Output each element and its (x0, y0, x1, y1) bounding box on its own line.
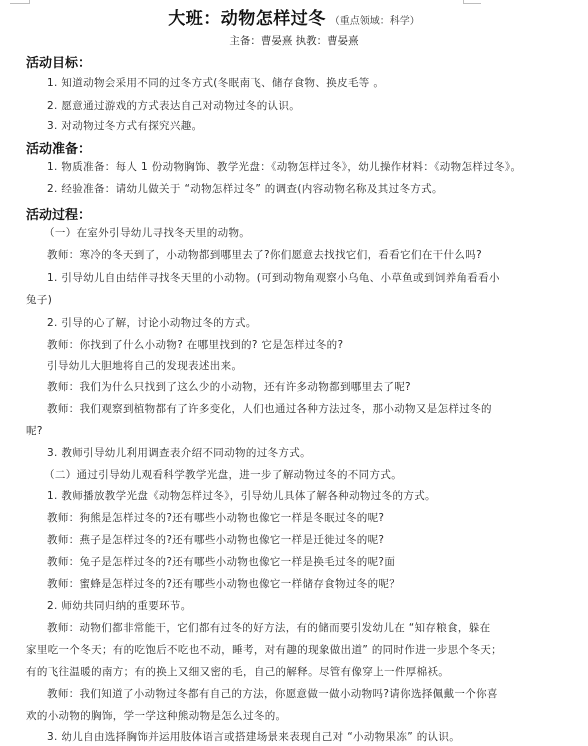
heading-process: 活动过程： (26, 204, 91, 223)
process-line: 家里吃一个冬天；有的吃饱后不吃也不动，睡考，对有趣的现象做出道” 的同时作进一步… (26, 643, 502, 657)
process-line: 1. 引导幼儿自由结伴寻找冬天里的小动物。(可到动物角观察小乌龟、小草鱼或到饲养… (47, 271, 500, 285)
process-line: 2. 师幼共同归纳的重要环节。 (47, 599, 192, 613)
process-line: 兔子) (26, 293, 52, 307)
process-line: 引导幼儿大胆地将自己的发现表述出来。 (47, 359, 242, 373)
preparation-item: 2. 经验准备：请幼儿做关于 “动物怎样过冬” 的调查(内容动物名称及其过冬方式… (47, 182, 443, 196)
process-line: 呢? (26, 424, 43, 438)
process-line: 教师：你找到了什么小动物? 在哪里找到的? 它是怎样过冬的? (47, 338, 343, 352)
document-subtitle: （重点领域：科学） (330, 16, 420, 27)
process-line: 教师：兔子是怎样过冬的?还有哪些小动物也像它一样是换毛过冬的呢?面 (47, 555, 395, 569)
process-line: 2. 引导的心了解，讨论小动物过冬的方式。 (47, 316, 257, 330)
process-line: 教师：燕子是怎样过冬的?还有哪些小动物也像它一样是迁徙过冬的呢? (47, 533, 384, 547)
process-line: 教师：寒冷的冬天到了，小动物都到哪里去了?你们愿意去找找它们，看看它们在干什么吗… (47, 248, 482, 262)
document-title: 大班：动物怎样过冬 (168, 9, 326, 29)
process-line: 3. 教师引导幼儿利用调查表介绍不同动物的过冬方式。 (47, 446, 311, 460)
process-line: 欢的小动物的胸饰，学一学这种熊动物是怎么过冬的。 (26, 709, 286, 723)
process-line: 1. 教师播放教学光盘《动物怎样过冬》，引导幼儿具体了解各种动物过冬的方式。 (47, 489, 436, 503)
process-line: （一）在室外引导幼儿寻找冬天里的动物。 (44, 226, 250, 240)
process-line: （二）通过引导幼儿观看科学教学光盘，进一步了解动物过冬的不同方式。 (44, 468, 402, 482)
preparation-item: 1. 物质准备：每人 1 份动物胸饰、教学光盘：《动物怎样过冬》，幼儿操作材料：… (47, 160, 521, 174)
process-line: 教师：狗熊是怎样过冬的?还有哪些小动物也像它一样是冬眠过冬的呢? (47, 511, 384, 525)
process-line: 教师：我们观察到植物都有了许多变化，人们也通过各种方法过冬，那小动物又是怎样过冬… (47, 402, 492, 416)
goal-item: 1. 知道动物会采用不同的过冬方式(冬眠南飞、储存食物、换皮毛等 。 (47, 76, 384, 90)
process-line: 教师：我们为什么只找到了这么少的小动物，还有许多动物都到哪里去了呢? (47, 380, 411, 394)
process-line: 教师：我们知道了小动物过冬都有自己的方法，你愿意做一做小动物吗?请你选择佩戴一个… (47, 687, 498, 701)
heading-goals: 活动目标： (26, 52, 91, 71)
heading-preparation: 活动准备： (26, 138, 91, 157)
goal-item: 2. 愿意通过游戏的方式表达自己对动物过冬的认识。 (47, 99, 300, 113)
process-line: 教师：蜜蜂是怎样过冬的?还有哪些小动物也像它一样储存食物过冬的呢？ (47, 577, 400, 591)
process-line: 有的飞往温暖的南方；有的换上又细又密的毛，自己的解释。尽管有像穿上一件厚棉袄。 (26, 665, 449, 679)
process-line: 教师：动物们都非常能干，它们都有过冬的好方法，有的储而要引发幼儿在 “知存粮食，… (47, 621, 490, 635)
title-line: 大班：动物怎样过冬（重点领域：科学） (0, 4, 588, 29)
process-line: 3. 幼儿自由选择胸饰并运用肢体语言或搭建场景来表现自己对 “小动物果冻” 的认… (47, 730, 460, 744)
goal-item: 3. 对动物过冬方式有探究兴趣。 (47, 119, 202, 133)
author-line: 主备：曹晏熹 执教：曹晏熹 (0, 33, 588, 48)
